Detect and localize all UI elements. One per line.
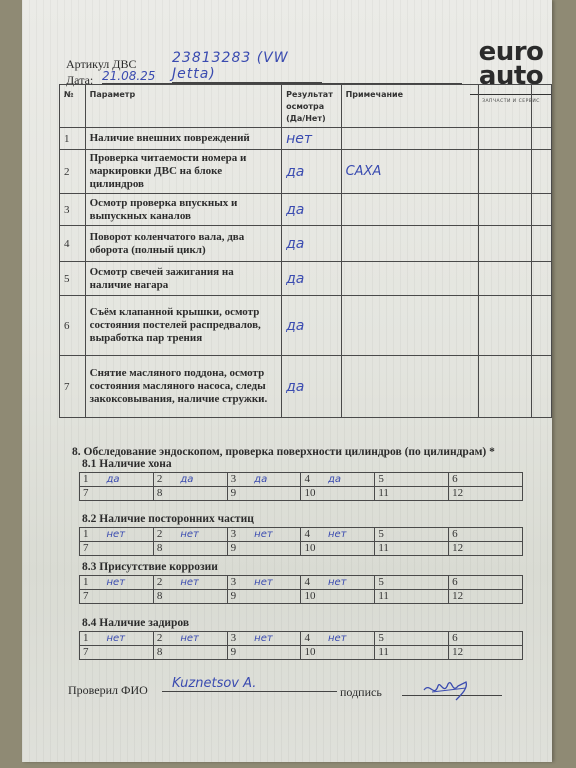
cylinder-number: 4 <box>304 528 310 540</box>
cylinder-number: 10 <box>304 590 315 602</box>
empty-cell <box>531 128 551 150</box>
row-note <box>341 194 479 226</box>
empty-cell <box>479 262 531 296</box>
empty-cell <box>479 356 531 418</box>
cylinder-cell: 4нет <box>301 576 375 590</box>
cylinder-cell: 9 <box>227 646 301 660</box>
cylinder-number: 11 <box>378 646 389 658</box>
cylinder-value: нет <box>254 577 273 588</box>
table-row: 4Поворот коленчатого вала, два оборота (… <box>60 226 552 262</box>
cylinder-row: 1да2да3да4да56 <box>80 473 523 487</box>
cylinder-cell: 4да <box>301 473 375 487</box>
inspection-table: № Параметр Результат осмотра (Да/Нет) Пр… <box>59 84 552 418</box>
cylinder-cell: 10 <box>301 487 375 501</box>
row-number: 7 <box>60 356 86 418</box>
cylinder-cell: 3нет <box>227 632 301 646</box>
cylinder-number: 9 <box>231 487 237 499</box>
cylinder-cell: 5 <box>375 576 449 590</box>
cylinder-row: 789101112 <box>80 487 523 501</box>
cylinder-cell: 10 <box>301 590 375 604</box>
cylinder-cell: 12 <box>449 487 523 501</box>
signature-scribble <box>422 678 472 704</box>
row-note <box>341 128 479 150</box>
row-result: да <box>282 150 342 194</box>
cylinder-number: 8 <box>157 646 163 658</box>
cylinder-cell: 2нет <box>153 632 227 646</box>
cylinder-cell: 9 <box>227 487 301 501</box>
cylinder-row: 789101112 <box>80 590 523 604</box>
row-parameter: Снятие масляного поддона, осмотр состоян… <box>85 356 281 418</box>
subsection-title: 8.1 Наличие хона <box>82 458 172 470</box>
row-number: 5 <box>60 262 86 296</box>
cylinder-cell: 2нет <box>153 528 227 542</box>
cylinder-number: 3 <box>231 473 237 485</box>
cylinder-cell: 11 <box>375 590 449 604</box>
cylinder-cell: 7 <box>80 487 154 501</box>
row-note <box>341 296 479 356</box>
cylinder-number: 12 <box>452 590 463 602</box>
cylinder-number: 2 <box>157 473 163 485</box>
cylinder-cell: 2да <box>153 473 227 487</box>
row-parameter: Поворот коленчатого вала, два оборота (п… <box>85 226 281 262</box>
col-header-note: Примечание <box>341 85 479 128</box>
cylinder-number: 3 <box>231 632 237 644</box>
empty-col <box>479 85 531 128</box>
cylinder-number: 8 <box>157 487 163 499</box>
cylinder-cell: 9 <box>227 590 301 604</box>
cylinder-cell: 3нет <box>227 528 301 542</box>
cylinder-number: 7 <box>83 646 89 658</box>
cylinder-cell: 8 <box>153 646 227 660</box>
cylinder-number: 10 <box>304 542 315 554</box>
cylinder-number: 5 <box>378 473 384 485</box>
cylinder-cell: 7 <box>80 646 154 660</box>
cylinder-value: да <box>328 474 341 485</box>
cylinder-number: 10 <box>304 646 315 658</box>
cylinder-number: 1 <box>83 576 89 588</box>
cylinder-number: 8 <box>157 542 163 554</box>
cylinder-cell: 1нет <box>80 528 154 542</box>
cylinder-number: 9 <box>231 646 237 658</box>
cylinder-number: 10 <box>304 487 315 499</box>
cylinder-number: 5 <box>378 528 384 540</box>
cylinder-cell: 6 <box>449 528 523 542</box>
row-number: 3 <box>60 194 86 226</box>
empty-cell <box>531 296 551 356</box>
cylinder-value: нет <box>107 577 126 588</box>
cylinder-grid: 1нет2нет3нет4нет56789101112 <box>79 631 523 660</box>
cylinder-number: 2 <box>157 632 163 644</box>
cylinder-number: 6 <box>452 473 458 485</box>
cylinder-value: нет <box>328 577 347 588</box>
section-8-title: 8. Обследование эндоскопом, проверка пов… <box>72 446 495 458</box>
cylinder-cell: 12 <box>449 590 523 604</box>
date-value: 21.08.25 <box>102 69 462 84</box>
cylinder-cell: 3да <box>227 473 301 487</box>
cylinder-cell: 3нет <box>227 576 301 590</box>
cylinder-cell: 6 <box>449 632 523 646</box>
row-parameter: Осмотр проверка впускных и выпускных кан… <box>85 194 281 226</box>
empty-cell <box>531 356 551 418</box>
row-result: да <box>282 226 342 262</box>
cylinder-cell: 1да <box>80 473 154 487</box>
cylinder-cell: 1нет <box>80 632 154 646</box>
cylinder-value: нет <box>254 529 273 540</box>
cylinder-number: 1 <box>83 473 89 485</box>
cylinder-value: да <box>254 474 267 485</box>
cylinder-value: да <box>180 474 193 485</box>
row-number: 4 <box>60 226 86 262</box>
cylinder-number: 9 <box>231 590 237 602</box>
empty-cell <box>479 128 531 150</box>
cylinder-cell: 8 <box>153 542 227 556</box>
subsection-title: 8.2 Наличие посторонних частиц <box>82 513 254 525</box>
cylinder-value: нет <box>328 633 347 644</box>
cylinder-row: 789101112 <box>80 542 523 556</box>
row-result: да <box>282 194 342 226</box>
empty-cell <box>531 226 551 262</box>
cylinder-cell: 5 <box>375 528 449 542</box>
row-parameter: Проверка читаемости номера и маркировки … <box>85 150 281 194</box>
inspection-form-sheet: Артикул ДВС 23813283 (VW Jetta) Дата: 21… <box>22 0 552 762</box>
cylinder-number: 6 <box>452 632 458 644</box>
cylinder-cell: 8 <box>153 487 227 501</box>
table-header-row: № Параметр Результат осмотра (Да/Нет) Пр… <box>60 85 552 128</box>
cylinder-number: 5 <box>378 576 384 588</box>
cylinder-row: 789101112 <box>80 646 523 660</box>
cylinder-value: нет <box>180 633 199 644</box>
row-parameter: Съём клапанной крышки, осмотр состояния … <box>85 296 281 356</box>
empty-cell <box>531 262 551 296</box>
cylinder-value: нет <box>180 529 199 540</box>
cylinder-grid: 1да2да3да4да56789101112 <box>79 472 523 501</box>
signature-label: подпись <box>340 685 382 700</box>
table-row: 7Снятие масляного поддона, осмотр состоя… <box>60 356 552 418</box>
row-parameter: Осмотр свечей зажигания на наличие нагар… <box>85 262 281 296</box>
cylinder-number: 12 <box>452 542 463 554</box>
cylinder-cell: 10 <box>301 646 375 660</box>
empty-cell <box>479 296 531 356</box>
col-header-param: Параметр <box>85 85 281 128</box>
subsection-title: 8.4 Наличие задиров <box>82 617 189 629</box>
row-note: CAXA <box>341 150 479 194</box>
empty-col <box>531 85 551 128</box>
subsection-title: 8.3 Присутствие коррозии <box>82 561 218 573</box>
cylinder-cell: 6 <box>449 576 523 590</box>
cylinder-number: 6 <box>452 576 458 588</box>
cylinder-cell: 4нет <box>301 632 375 646</box>
row-number: 1 <box>60 128 86 150</box>
cylinder-row: 1нет2нет3нет4нет56 <box>80 632 523 646</box>
cylinder-cell: 4нет <box>301 528 375 542</box>
row-parameter: Наличие внешних повреждений <box>85 128 281 150</box>
col-header-num: № <box>60 85 86 128</box>
cylinder-cell: 10 <box>301 542 375 556</box>
cylinder-number: 4 <box>304 473 310 485</box>
cylinder-cell: 11 <box>375 646 449 660</box>
row-result: да <box>282 262 342 296</box>
row-note <box>341 356 479 418</box>
empty-cell <box>531 194 551 226</box>
cylinder-cell: 1нет <box>80 576 154 590</box>
cylinder-cell: 5 <box>375 632 449 646</box>
cylinder-cell: 12 <box>449 542 523 556</box>
cylinder-value: да <box>107 474 120 485</box>
row-number: 6 <box>60 296 86 356</box>
cylinder-number: 7 <box>83 487 89 499</box>
cylinder-cell: 6 <box>449 473 523 487</box>
cylinder-row: 1нет2нет3нет4нет56 <box>80 576 523 590</box>
cylinder-cell: 8 <box>153 590 227 604</box>
cylinder-number: 6 <box>452 528 458 540</box>
cylinder-cell: 9 <box>227 542 301 556</box>
cylinder-number: 12 <box>452 646 463 658</box>
cylinder-cell: 7 <box>80 542 154 556</box>
cylinder-cell: 11 <box>375 487 449 501</box>
row-result: нет <box>282 128 342 150</box>
col-header-result: Результат осмотра (Да/Нет) <box>282 85 342 128</box>
cylinder-number: 5 <box>378 632 384 644</box>
cylinder-number: 12 <box>452 487 463 499</box>
row-result: да <box>282 356 342 418</box>
empty-cell <box>531 150 551 194</box>
cylinder-value: нет <box>328 529 347 540</box>
cylinder-number: 11 <box>378 487 389 499</box>
cylinder-cell: 12 <box>449 646 523 660</box>
cylinder-grid: 1нет2нет3нет4нет56789101112 <box>79 527 523 556</box>
cylinder-grid: 1нет2нет3нет4нет56789101112 <box>79 575 523 604</box>
cylinder-row: 1нет2нет3нет4нет56 <box>80 528 523 542</box>
cylinder-number: 3 <box>231 528 237 540</box>
table-row: 5Осмотр свечей зажигания на наличие нага… <box>60 262 552 296</box>
cylinder-number: 2 <box>157 576 163 588</box>
cylinder-value: нет <box>180 577 199 588</box>
cylinder-number: 4 <box>304 576 310 588</box>
cylinder-number: 11 <box>378 590 389 602</box>
checked-by-label: Проверил ФИО <box>68 683 148 698</box>
checked-by-value: Kuznetsov A. <box>162 676 337 692</box>
table-row: 2Проверка читаемости номера и маркировки… <box>60 150 552 194</box>
cylinder-number: 7 <box>83 542 89 554</box>
cylinder-number: 3 <box>231 576 237 588</box>
cylinder-number: 8 <box>157 590 163 602</box>
row-note <box>341 226 479 262</box>
cylinder-cell: 7 <box>80 590 154 604</box>
table-row: 3Осмотр проверка впускных и выпускных ка… <box>60 194 552 226</box>
cylinder-number: 9 <box>231 542 237 554</box>
cylinder-value: нет <box>107 633 126 644</box>
cylinder-number: 2 <box>157 528 163 540</box>
cylinder-cell: 11 <box>375 542 449 556</box>
cylinder-number: 7 <box>83 590 89 602</box>
cylinder-value: нет <box>107 529 126 540</box>
empty-cell <box>479 194 531 226</box>
cylinder-number: 1 <box>83 632 89 644</box>
empty-cell <box>479 150 531 194</box>
row-number: 2 <box>60 150 86 194</box>
table-row: 1Наличие внешних поврежденийнет <box>60 128 552 150</box>
cylinder-number: 1 <box>83 528 89 540</box>
empty-cell <box>479 226 531 262</box>
cylinder-number: 4 <box>304 632 310 644</box>
row-result: да <box>282 296 342 356</box>
row-note <box>341 262 479 296</box>
cylinder-number: 11 <box>378 542 389 554</box>
cylinder-cell: 2нет <box>153 576 227 590</box>
table-row: 6Съём клапанной крышки, осмотр состояния… <box>60 296 552 356</box>
cylinder-value: нет <box>254 633 273 644</box>
cylinder-cell: 5 <box>375 473 449 487</box>
